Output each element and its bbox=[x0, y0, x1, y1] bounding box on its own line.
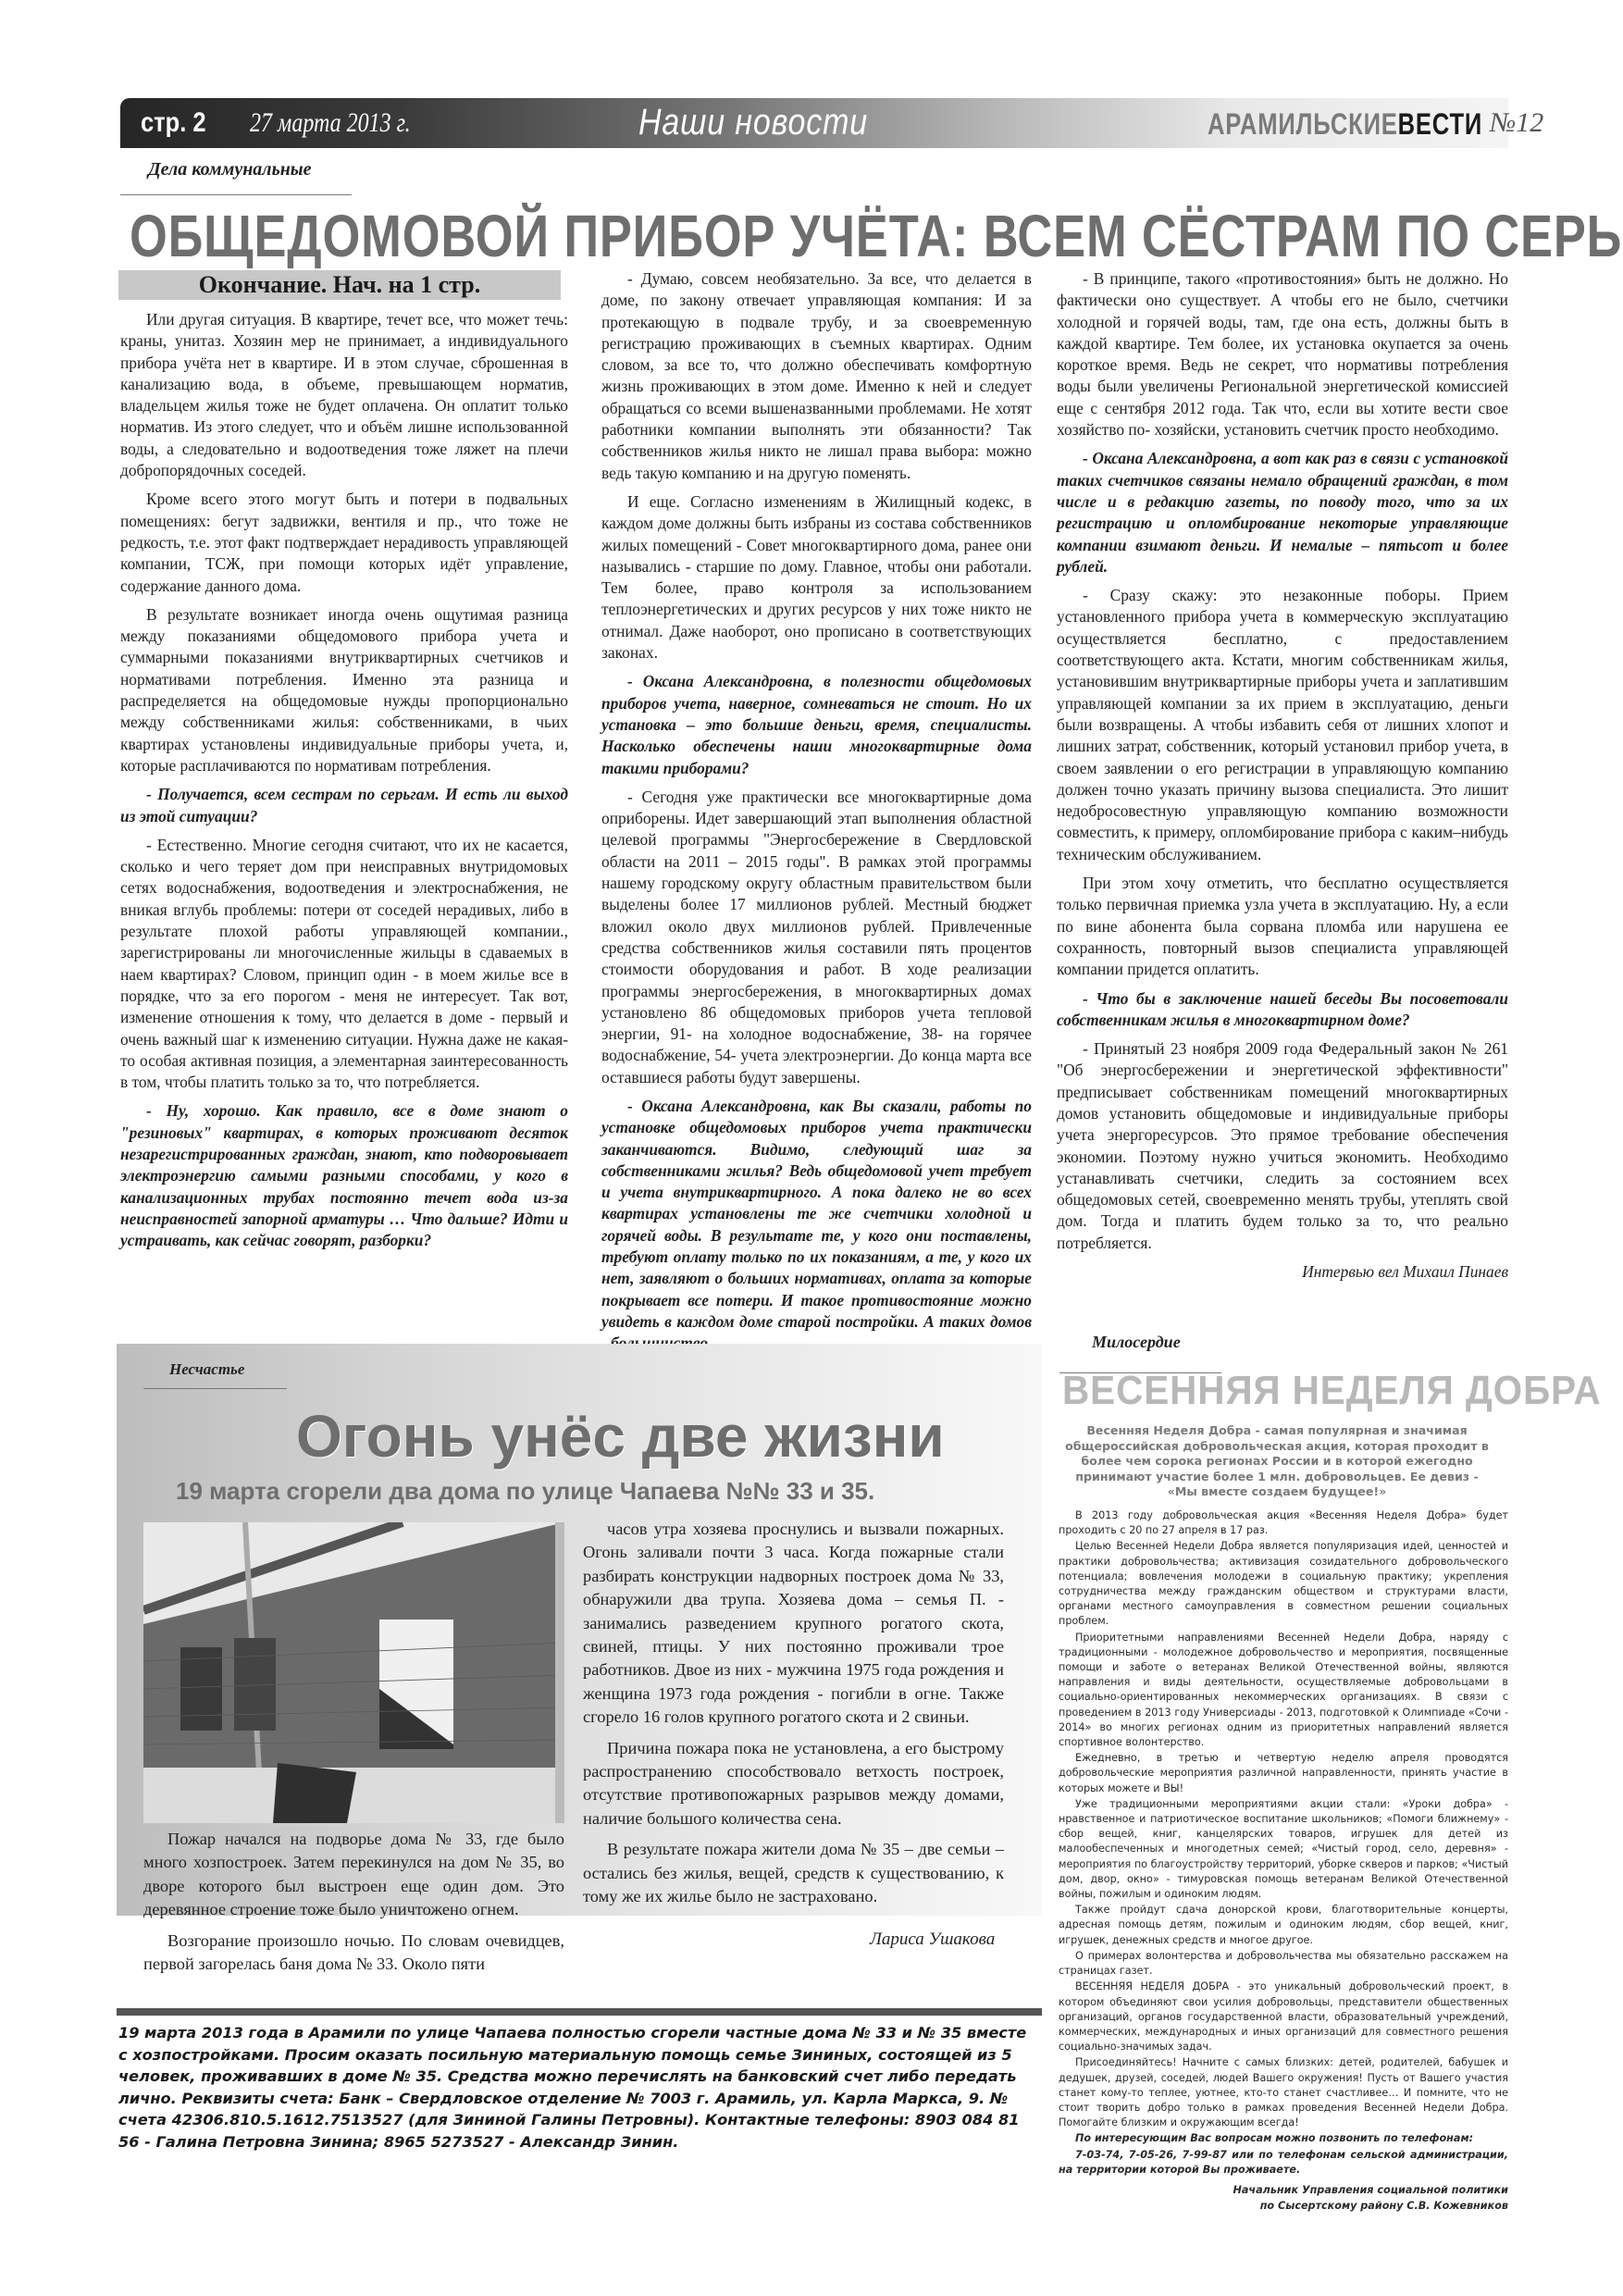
fire-subheadline: 19 марта сгорели два дома по улице Чапае… bbox=[176, 1477, 874, 1506]
charity-lead: Весенняя Неделя Добра - самая популярная… bbox=[1064, 1423, 1490, 1500]
masthead: стр. 2 27 марта 2013 г. Наши новости АРА… bbox=[120, 98, 1508, 148]
signature: по Сысертскому району С.В. Кожевников bbox=[1059, 2199, 1508, 2214]
paragraph: ВЕСЕННЯЯ НЕДЕЛЯ ДОБРА - это уникальный д… bbox=[1059, 1980, 1508, 2054]
paragraph: В результате возникает иногда очень ощут… bbox=[120, 604, 568, 776]
interview-question: - Получается, всем сестрам по серьгам. И… bbox=[120, 784, 568, 827]
contact-info: По интересующим Вас вопросам можно позво… bbox=[1059, 2131, 1508, 2146]
article1-column-3: - В принципе, такого «противостояния» бы… bbox=[1057, 268, 1508, 1290]
fire-headline: Огонь унёс две жизни bbox=[296, 1402, 945, 1471]
paragraph: Возгорание произошло ночью. По словам оч… bbox=[143, 1930, 564, 1977]
page-number: стр. 2 bbox=[141, 107, 206, 139]
paragraph: - Думаю, совсем необязательно. За все, ч… bbox=[601, 268, 1032, 484]
paragraph: Также пройдут сдача донорской крови, бла… bbox=[1059, 1903, 1508, 1948]
paragraph: Уже традиционными мероприятиями акции ст… bbox=[1059, 1797, 1508, 1902]
charity-body: В 2013 году добровольческая акция «Весен… bbox=[1059, 1508, 1508, 2215]
paragraph: - Принятый 23 ноября 2009 года Федеральн… bbox=[1057, 1038, 1508, 1254]
newspaper-name: АРАМИЛЬСКИЕВЕСТИ bbox=[1208, 107, 1482, 142]
charity-headline: ВЕСЕННЯЯ НЕДЕЛЯ ДОБРА bbox=[1062, 1368, 1602, 1414]
interview-question: - Оксана Александровна, как Вы сказали, … bbox=[601, 1096, 1032, 1355]
interview-question: - Ну, хорошо. Как правило, все в доме зн… bbox=[120, 1100, 568, 1251]
newspaper-name-bold: ВЕСТИ bbox=[1398, 107, 1482, 141]
fire-column-2: часов утра хозяева проснулись и вызвали … bbox=[583, 1518, 1004, 1917]
paragraph: Кроме всего этого могут быть и потери в … bbox=[120, 489, 568, 596]
contact-phones: 7-03-74, 7-05-26, 7-99-87 или по телефон… bbox=[1059, 2148, 1508, 2178]
fire-column-1: Пожар начался на подворье дома № 33, где… bbox=[143, 1828, 564, 1983]
paragraph: Ежедневно, в третью и четвертую неделю а… bbox=[1059, 1751, 1508, 1796]
donation-appeal: 19 марта 2013 года в Арамили по улице Ча… bbox=[118, 2022, 1035, 2153]
paragraph: Присоединяйтесь! Начните с самых близких… bbox=[1059, 2055, 1508, 2130]
issue-number: №12 bbox=[1490, 107, 1543, 139]
burned-house-photo bbox=[143, 1522, 564, 1823]
paragraph: часов утра хозяева проснулись и вызвали … bbox=[583, 1518, 1004, 1730]
paragraph: Пожар начался на подворье дома № 33, где… bbox=[143, 1828, 564, 1922]
paragraph: При этом хочу отметить, что бесплатно ос… bbox=[1057, 873, 1508, 980]
paragraph: В 2013 году добровольческая акция «Весен… bbox=[1059, 1508, 1508, 1538]
rubric-misfortune: Несчастье bbox=[169, 1360, 244, 1379]
rubric-divider bbox=[120, 194, 352, 195]
paragraph: И еще. Согласно изменениям в Жилищный ко… bbox=[601, 491, 1032, 664]
interview-question: - Оксана Александровна, в полезности общ… bbox=[601, 671, 1032, 778]
paragraph: О примерах волонтерства и добровольчеств… bbox=[1059, 1949, 1508, 1979]
issue-date: 27 марта 2013 г. bbox=[250, 107, 411, 139]
continuation-box: Окончание. Нач. на 1 стр. bbox=[118, 270, 561, 300]
paragraph: Причина пожара пока не установлена, а ег… bbox=[583, 1737, 1004, 1831]
paragraph: - В принципе, такого «противостояния» бы… bbox=[1057, 268, 1508, 441]
paragraph: - Естественно. Многие сегодня считают, ч… bbox=[120, 835, 568, 1094]
paragraph: Целью Весенней Недели Добра является поп… bbox=[1059, 1539, 1508, 1629]
interview-byline: Интервью вел Михаил Пинаев bbox=[1057, 1261, 1508, 1283]
paragraph: - Сегодня уже практически все многокварт… bbox=[601, 787, 1032, 1088]
paragraph: - Сразу скажу: это незаконные поборы. Пр… bbox=[1057, 585, 1508, 865]
rubric-communal: Дела коммунальные bbox=[148, 159, 312, 180]
rubric-charity: Милосердие bbox=[1092, 1333, 1181, 1352]
article1-column-2: - Думаю, совсем необязательно. За все, ч… bbox=[601, 268, 1032, 1362]
fire-byline: Лариса Ушакова bbox=[870, 1930, 995, 1950]
appeal-divider bbox=[117, 2008, 1042, 2016]
article-headline: ОБЩЕДОМОВОЙ ПРИБОР УЧЁТА: ВСЕМ СЁСТРАМ П… bbox=[130, 202, 1268, 270]
paragraph: В результате пожара жители дома № 35 – д… bbox=[583, 1838, 1004, 1908]
interview-question: - Что бы в заключение нашей беседы Вы по… bbox=[1057, 988, 1508, 1032]
interview-question: - Оксана Александровна, а вот как раз в … bbox=[1057, 448, 1508, 577]
article1-column-1: Или другая ситуация. В квартире, течет в… bbox=[120, 309, 568, 1259]
section-title: Наши новости bbox=[638, 102, 868, 143]
rubric-divider bbox=[143, 1388, 287, 1389]
newspaper-name-light: АРАМИЛЬСКИЕ bbox=[1208, 107, 1398, 141]
paragraph: Приоритетными направлениями Весенней Нед… bbox=[1059, 1631, 1508, 1751]
paragraph: Или другая ситуация. В квартире, течет в… bbox=[120, 309, 568, 481]
signature: Начальник Управления социальной политики bbox=[1059, 2183, 1508, 2198]
photo-image bbox=[143, 1522, 564, 1823]
